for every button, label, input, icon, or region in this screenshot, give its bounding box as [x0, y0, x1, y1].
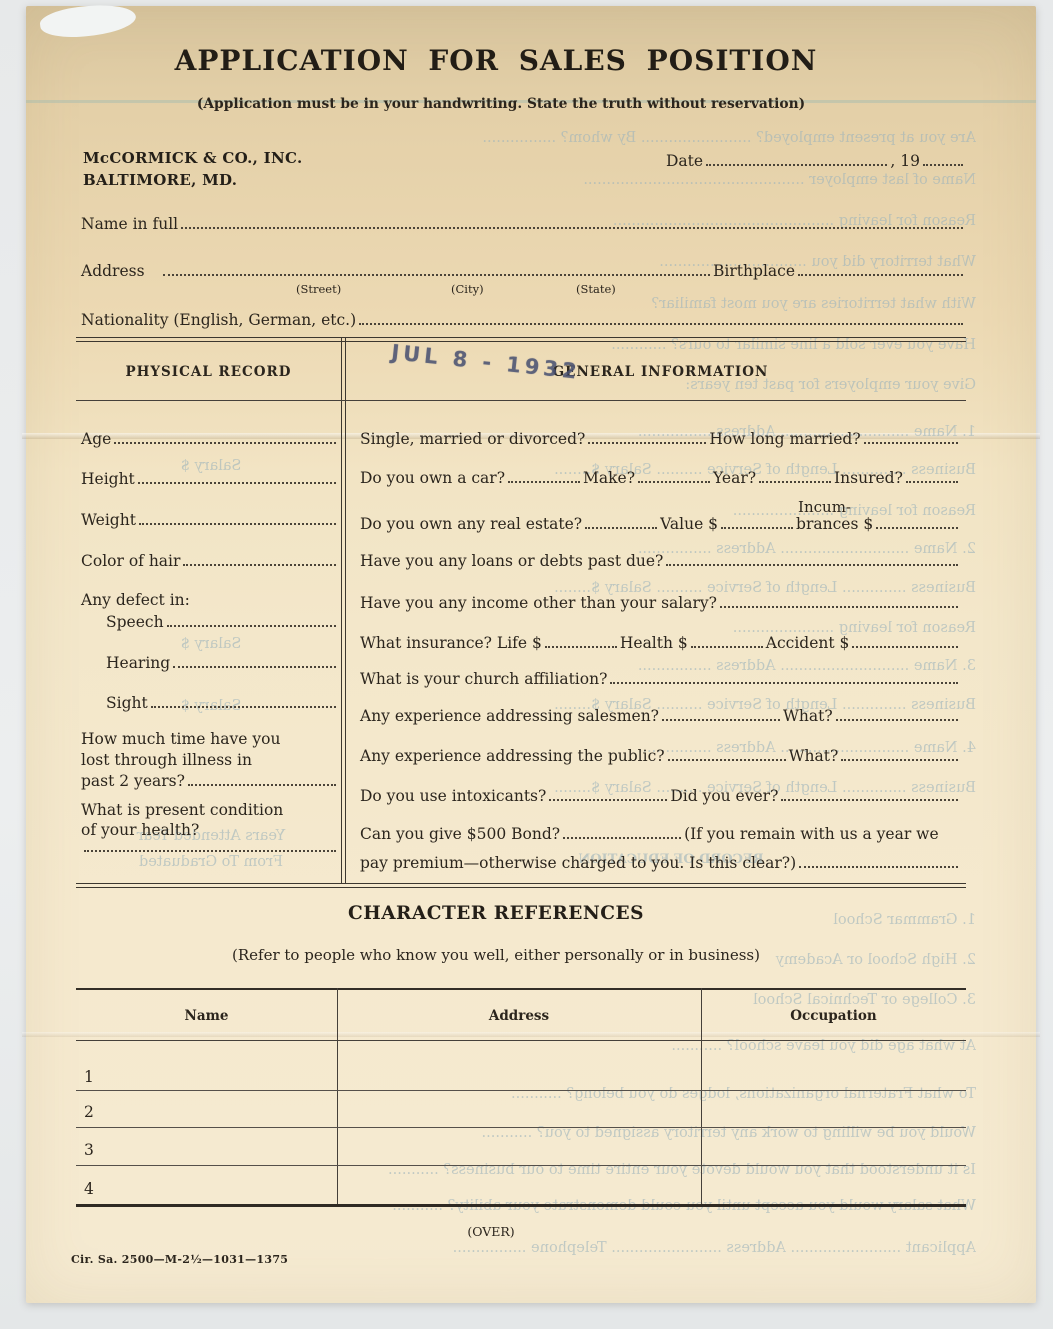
name-blank [181, 225, 963, 229]
field-label-over: Incum- [798, 498, 851, 516]
bleed-through-text: Salary $ [86, 636, 336, 652]
date-label: Date [666, 152, 703, 170]
field-label: What? [789, 747, 839, 765]
blank-line [151, 704, 336, 708]
field-label: Weight [81, 511, 136, 529]
street-hint: (Street) [296, 282, 341, 296]
form-title: APPLICATION FOR SALES POSITION [26, 44, 966, 77]
field-label: pay premium—otherwise charged to you. Is… [360, 854, 796, 872]
blank-line [852, 644, 958, 648]
date-row: Date , 19 [666, 152, 966, 170]
cr-row-number: 4 [84, 1180, 94, 1198]
company-name: McCORMICK & CO., INC. [83, 147, 303, 169]
field-label: Year? [713, 469, 756, 487]
date-blank [706, 162, 887, 166]
field-label: past 2 years? [81, 772, 185, 790]
blank-line [864, 440, 958, 444]
blank-line [114, 440, 336, 444]
nationality-blank [359, 321, 963, 325]
general-info-row: Have you any loans or debts past due? [360, 552, 961, 570]
blank-line [84, 848, 336, 852]
physical-record-header: PHYSICAL RECORD [76, 364, 341, 380]
cr-row-line [76, 1165, 966, 1166]
physical-field-row: Color of hair [81, 552, 339, 570]
cr-col-occupation: Occupation [701, 1008, 966, 1024]
cr-vline-1 [337, 988, 338, 1204]
blank-line [549, 797, 667, 801]
blank-line [836, 717, 958, 721]
field-label: Did you ever? [670, 787, 778, 805]
field-label: What insurance? Life $ [360, 634, 542, 652]
field-label: How long married? [709, 430, 860, 448]
bleed-through-text: Are you at present employed? ...........… [81, 130, 976, 146]
field-label: Health $ [620, 634, 688, 652]
general-info-row: Any experience addressing salesmen?What? [360, 707, 961, 725]
blank-line [759, 479, 831, 483]
address-blank [163, 272, 711, 276]
health-question-line: What is present condition [81, 801, 283, 819]
cr-table-bottom-rule [76, 1204, 966, 1207]
field-label: Height [81, 470, 135, 488]
field-label: Age [81, 430, 111, 448]
header-underline [76, 400, 966, 401]
company-block: McCORMICK & CO., INC. BALTIMORE, MD. [83, 147, 303, 191]
address-label: Address [81, 262, 145, 280]
date-year-prefix: , 19 [890, 152, 920, 170]
illness-question-line: How much time have you [81, 730, 280, 748]
cr-col-address: Address [337, 1008, 701, 1024]
field-label: Any experience addressing the public? [360, 747, 665, 765]
field-label: Do you use intoxicants? [360, 787, 546, 805]
bleed-through-text: To what Fraternal organizations, lodges … [81, 1086, 976, 1102]
form-code: Cir. Sa. 2500—M-2½—1031—1375 [71, 1253, 288, 1266]
blank-line [662, 717, 780, 721]
blank-line [188, 782, 336, 786]
field-label: Have you any income other than your sala… [360, 594, 717, 612]
blank-line [691, 644, 763, 648]
blank-line [841, 757, 958, 761]
general-info-row: Single, married or divorced?How long mar… [360, 430, 961, 448]
address-row: Address Birthplace [81, 262, 966, 280]
defect-item-row: Sight [106, 694, 339, 712]
blank-line [876, 525, 958, 529]
general-info-row: pay premium—otherwise charged to you. Is… [360, 854, 961, 872]
name-row: Name in full [81, 215, 966, 233]
cr-vline-2 [701, 988, 702, 1204]
field-label: Can you give $500 Bond? [360, 825, 560, 843]
state-hint: (State) [576, 282, 616, 296]
field-label: What is your church affiliation? [360, 670, 607, 688]
cr-row-number: 1 [84, 1068, 94, 1086]
field-label: Value $ [660, 515, 718, 533]
bleed-through-text: With what territories are you most famil… [81, 296, 976, 312]
cr-table-top-rule [76, 988, 966, 990]
health-blank-row [81, 848, 339, 856]
illness-question-line: lost through illness in [81, 751, 252, 769]
character-references-subheading: (Refer to people who know you well, eith… [26, 946, 966, 964]
fold-crease [22, 1032, 1040, 1037]
blank-line [585, 525, 657, 529]
paper-sheet: Are you at present employed? ...........… [26, 6, 1036, 1303]
blank-line [906, 479, 958, 483]
blank-line [167, 623, 336, 627]
blank-line [610, 680, 958, 684]
general-info-row: Do you own any real estate?Value $brance… [360, 515, 961, 533]
cr-row-number: 2 [84, 1103, 94, 1121]
blank-line [508, 479, 580, 483]
nationality-label: Nationality (English, German, etc.) [81, 311, 356, 329]
blank-line [138, 480, 336, 484]
blank-line [545, 644, 617, 648]
field-label: Do you own any real estate? [360, 515, 582, 533]
bleed-through-text: From To Graduated [86, 854, 336, 870]
cr-header-underline [76, 1040, 966, 1041]
general-info-row: Any experience addressing the public?Wha… [360, 747, 961, 765]
defect-heading: Any defect in: [81, 591, 190, 609]
birthplace-label: Birthplace [713, 262, 795, 280]
field-label: Any experience addressing salesmen? [360, 707, 659, 725]
physical-field-row: Age [81, 430, 339, 448]
general-info-row: What is your church affiliation? [360, 670, 961, 688]
cr-row-line [76, 1090, 966, 1091]
blank-line [720, 604, 958, 608]
nationality-row: Nationality (English, German, etc.) [81, 311, 966, 329]
field-label: Accident $ [766, 634, 850, 652]
over-note: (OVER) [26, 1224, 956, 1239]
blank-line [183, 562, 336, 566]
company-city: BALTIMORE, MD. [83, 169, 303, 191]
city-hint: (City) [451, 282, 484, 296]
blank-line [721, 525, 793, 529]
blank-line [799, 864, 958, 868]
column-divider [341, 337, 346, 884]
section-top-rule [76, 337, 966, 342]
section-bottom-rule [76, 883, 966, 888]
general-info-row: Do you own a car?Make?Year?Insured? [360, 469, 961, 487]
birthplace-blank [798, 272, 963, 276]
general-info-row: Do you use intoxicants?Did you ever? [360, 787, 961, 805]
blank-line [139, 521, 336, 525]
blank-line [638, 479, 710, 483]
field-label: Speech [106, 613, 164, 631]
form-subtitle: (Application must be in your handwriting… [26, 96, 976, 112]
scanned-document: { "header": { "title": "APPLICATION FOR … [0, 0, 1053, 1329]
cr-col-name: Name [76, 1008, 337, 1024]
blank-line [781, 797, 958, 801]
health-question-line: of your health? [81, 821, 199, 839]
cr-row-line [76, 1127, 966, 1128]
field-label: What? [783, 707, 833, 725]
physical-field-row: Weight [81, 511, 339, 529]
field-label: Sight [106, 694, 148, 712]
blank-line [666, 562, 958, 566]
field-label: Make? [583, 469, 635, 487]
physical-field-row: Height [81, 470, 339, 488]
field-label: Do you own a car? [360, 469, 505, 487]
blank-line [173, 664, 336, 668]
date-year-blank [923, 162, 963, 166]
general-info-row: What insurance? Life $Health $Accident $ [360, 634, 961, 652]
blank-line [588, 440, 706, 444]
field-label: Hearing [106, 654, 170, 672]
illness-question-row: past 2 years? [81, 772, 339, 790]
field-label: Single, married or divorced? [360, 430, 585, 448]
bleed-through-text: 3. College or Technical School [81, 992, 976, 1008]
name-label: Name in full [81, 215, 178, 233]
field-label: brances $Incum- [796, 515, 873, 533]
general-info-row: Can you give $500 Bond?(If you remain wi… [360, 825, 961, 843]
blank-line [668, 757, 786, 761]
blank-line [563, 835, 681, 839]
defect-item-row: Speech [106, 613, 339, 631]
field-label: Have you any loans or debts past due? [360, 552, 663, 570]
defect-item-row: Hearing [106, 654, 339, 672]
field-label: Insured? [834, 469, 903, 487]
cr-row-number: 3 [84, 1141, 94, 1159]
torn-corner [39, 0, 138, 41]
general-info-row: Have you any income other than your sala… [360, 594, 961, 612]
character-references-heading: CHARACTER REFERENCES [26, 903, 966, 924]
field-label: (If you remain with us a year we [684, 825, 939, 843]
field-label: Color of hair [81, 552, 180, 570]
